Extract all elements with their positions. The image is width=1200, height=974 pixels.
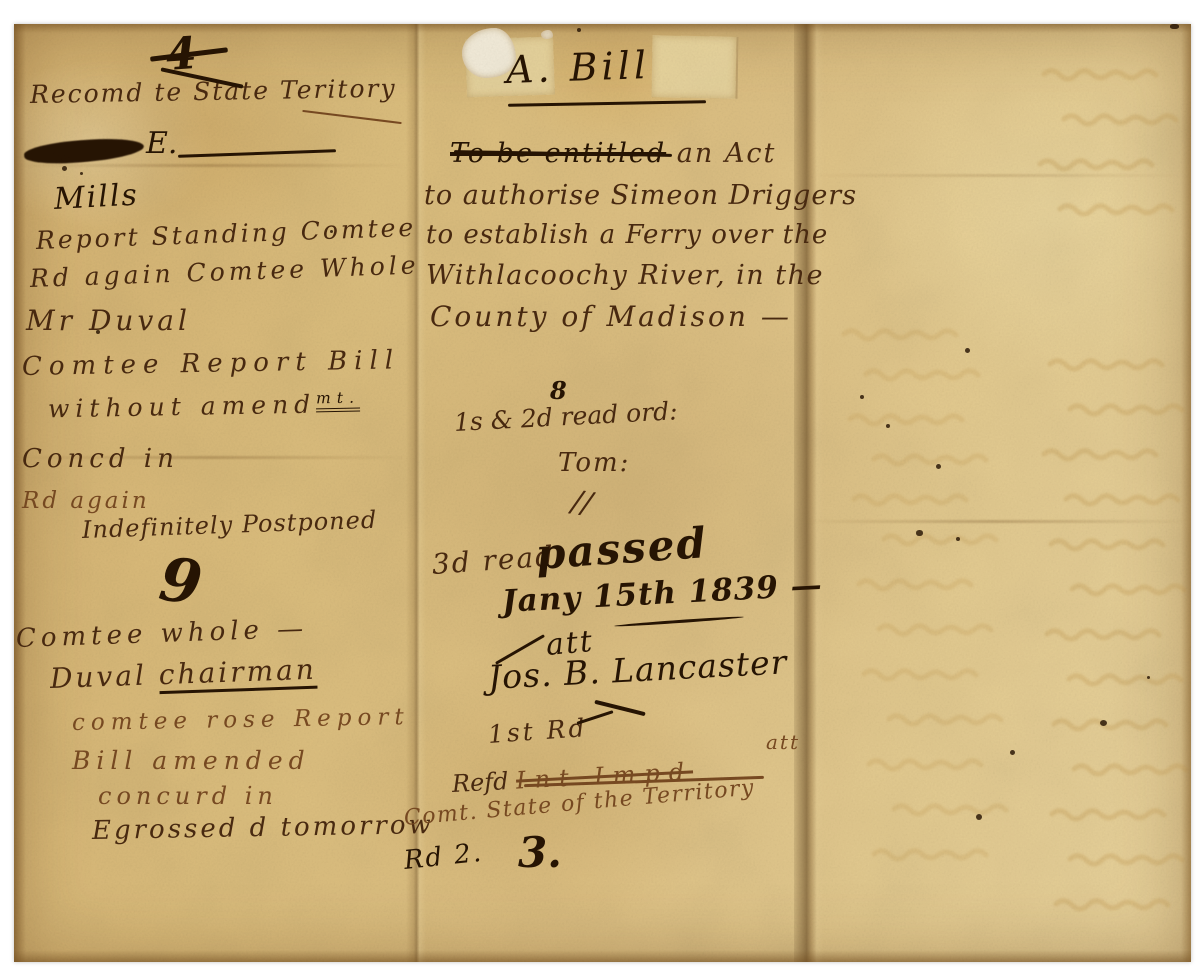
ink-speck bbox=[1100, 720, 1107, 726]
ink-speck bbox=[80, 172, 83, 175]
ink-speck bbox=[96, 330, 100, 334]
first-reading-note: 1st Rd bbox=[487, 713, 588, 749]
ink-speck bbox=[916, 530, 923, 536]
docket-line: Report Standing Comtee bbox=[35, 213, 416, 255]
docket-line: Rd again Comtee Whole bbox=[29, 250, 420, 293]
passed-word: passed bbox=[534, 518, 709, 579]
docket-line: concurd in bbox=[98, 782, 278, 810]
docket-line: Mr Duval bbox=[26, 304, 191, 337]
bill-caption-line: to establish a Ferry over the bbox=[426, 220, 828, 250]
reading-note: Tom: bbox=[558, 448, 630, 478]
docket-line: Rd again bbox=[22, 488, 150, 514]
pen-flourish bbox=[178, 149, 336, 158]
docket-line: Duval chairman bbox=[49, 653, 317, 695]
bill-caption-line: Withlacoochy River, in the bbox=[426, 260, 824, 291]
superscript-abbreviation: mt. bbox=[316, 389, 360, 413]
ink-speck bbox=[860, 395, 864, 399]
horizontal-crease bbox=[14, 164, 409, 167]
docket-line: comtee rose Report bbox=[72, 704, 410, 736]
pen-flourish bbox=[614, 615, 744, 627]
paper-edge-bottom bbox=[14, 950, 1191, 962]
pen-flourish bbox=[302, 110, 401, 124]
bill-caption-line: County of Madison — bbox=[430, 300, 792, 333]
ink-speck bbox=[936, 464, 941, 469]
document-scan: 4 Recomd te State Teritory E. Mills Repo… bbox=[0, 0, 1200, 974]
ink-speck bbox=[886, 424, 890, 428]
horizontal-crease bbox=[804, 174, 1189, 177]
clerk-signature: Jos. B. Lancaster bbox=[487, 642, 788, 697]
docket-line-text: Duval bbox=[49, 658, 159, 695]
docket-line: Comtee whole — bbox=[15, 614, 308, 654]
underlined-word: chairman bbox=[158, 653, 317, 694]
docket-line: without amendmt. bbox=[48, 389, 361, 424]
referral-text: Refd bbox=[451, 767, 517, 798]
attest-note-small: att bbox=[766, 730, 800, 754]
reading-day-superscript: 8 bbox=[550, 376, 567, 405]
ink-blot bbox=[23, 135, 144, 167]
third-reading-number: 3. bbox=[518, 828, 562, 877]
paper-edge-right bbox=[1181, 24, 1191, 962]
torn-patch bbox=[541, 30, 553, 39]
bill-caption-line: to authorise Simeon Driggers bbox=[424, 180, 857, 211]
docket-line: E. bbox=[146, 126, 177, 161]
docket-line: Bill amended bbox=[72, 746, 311, 775]
docket-line: Concd in bbox=[22, 444, 179, 474]
ink-speck bbox=[1170, 24, 1179, 29]
ink-speck bbox=[956, 537, 960, 541]
bleed-through-ghost-writing bbox=[804, 34, 1189, 954]
tally-mark: // bbox=[570, 484, 595, 521]
ink-speck bbox=[62, 166, 67, 171]
horizontal-crease bbox=[804, 520, 1189, 523]
docket-line: Mills bbox=[53, 178, 140, 217]
ink-speck bbox=[965, 348, 970, 353]
bill-title: A. Bill bbox=[505, 43, 650, 92]
tape-stain bbox=[651, 35, 738, 98]
fold-crease-right bbox=[794, 24, 824, 962]
docket-line-text: without amend bbox=[48, 390, 317, 424]
docket-line: Comtee Report Bill bbox=[22, 345, 401, 382]
ink-speck bbox=[577, 28, 581, 32]
ink-speck bbox=[1010, 750, 1015, 755]
docket-line: Egrossed d tomorrow bbox=[92, 810, 434, 846]
caption-text: an Act bbox=[666, 138, 776, 169]
ink-speck bbox=[976, 814, 982, 820]
paper: 4 Recomd te State Teritory E. Mills Repo… bbox=[14, 24, 1191, 962]
docket-figure: 9 bbox=[155, 544, 206, 619]
reading-note: 1s & 2d read ord: bbox=[453, 396, 678, 437]
ink-speck bbox=[330, 230, 333, 233]
title-underline bbox=[508, 100, 706, 106]
ink-speck bbox=[1147, 676, 1150, 679]
